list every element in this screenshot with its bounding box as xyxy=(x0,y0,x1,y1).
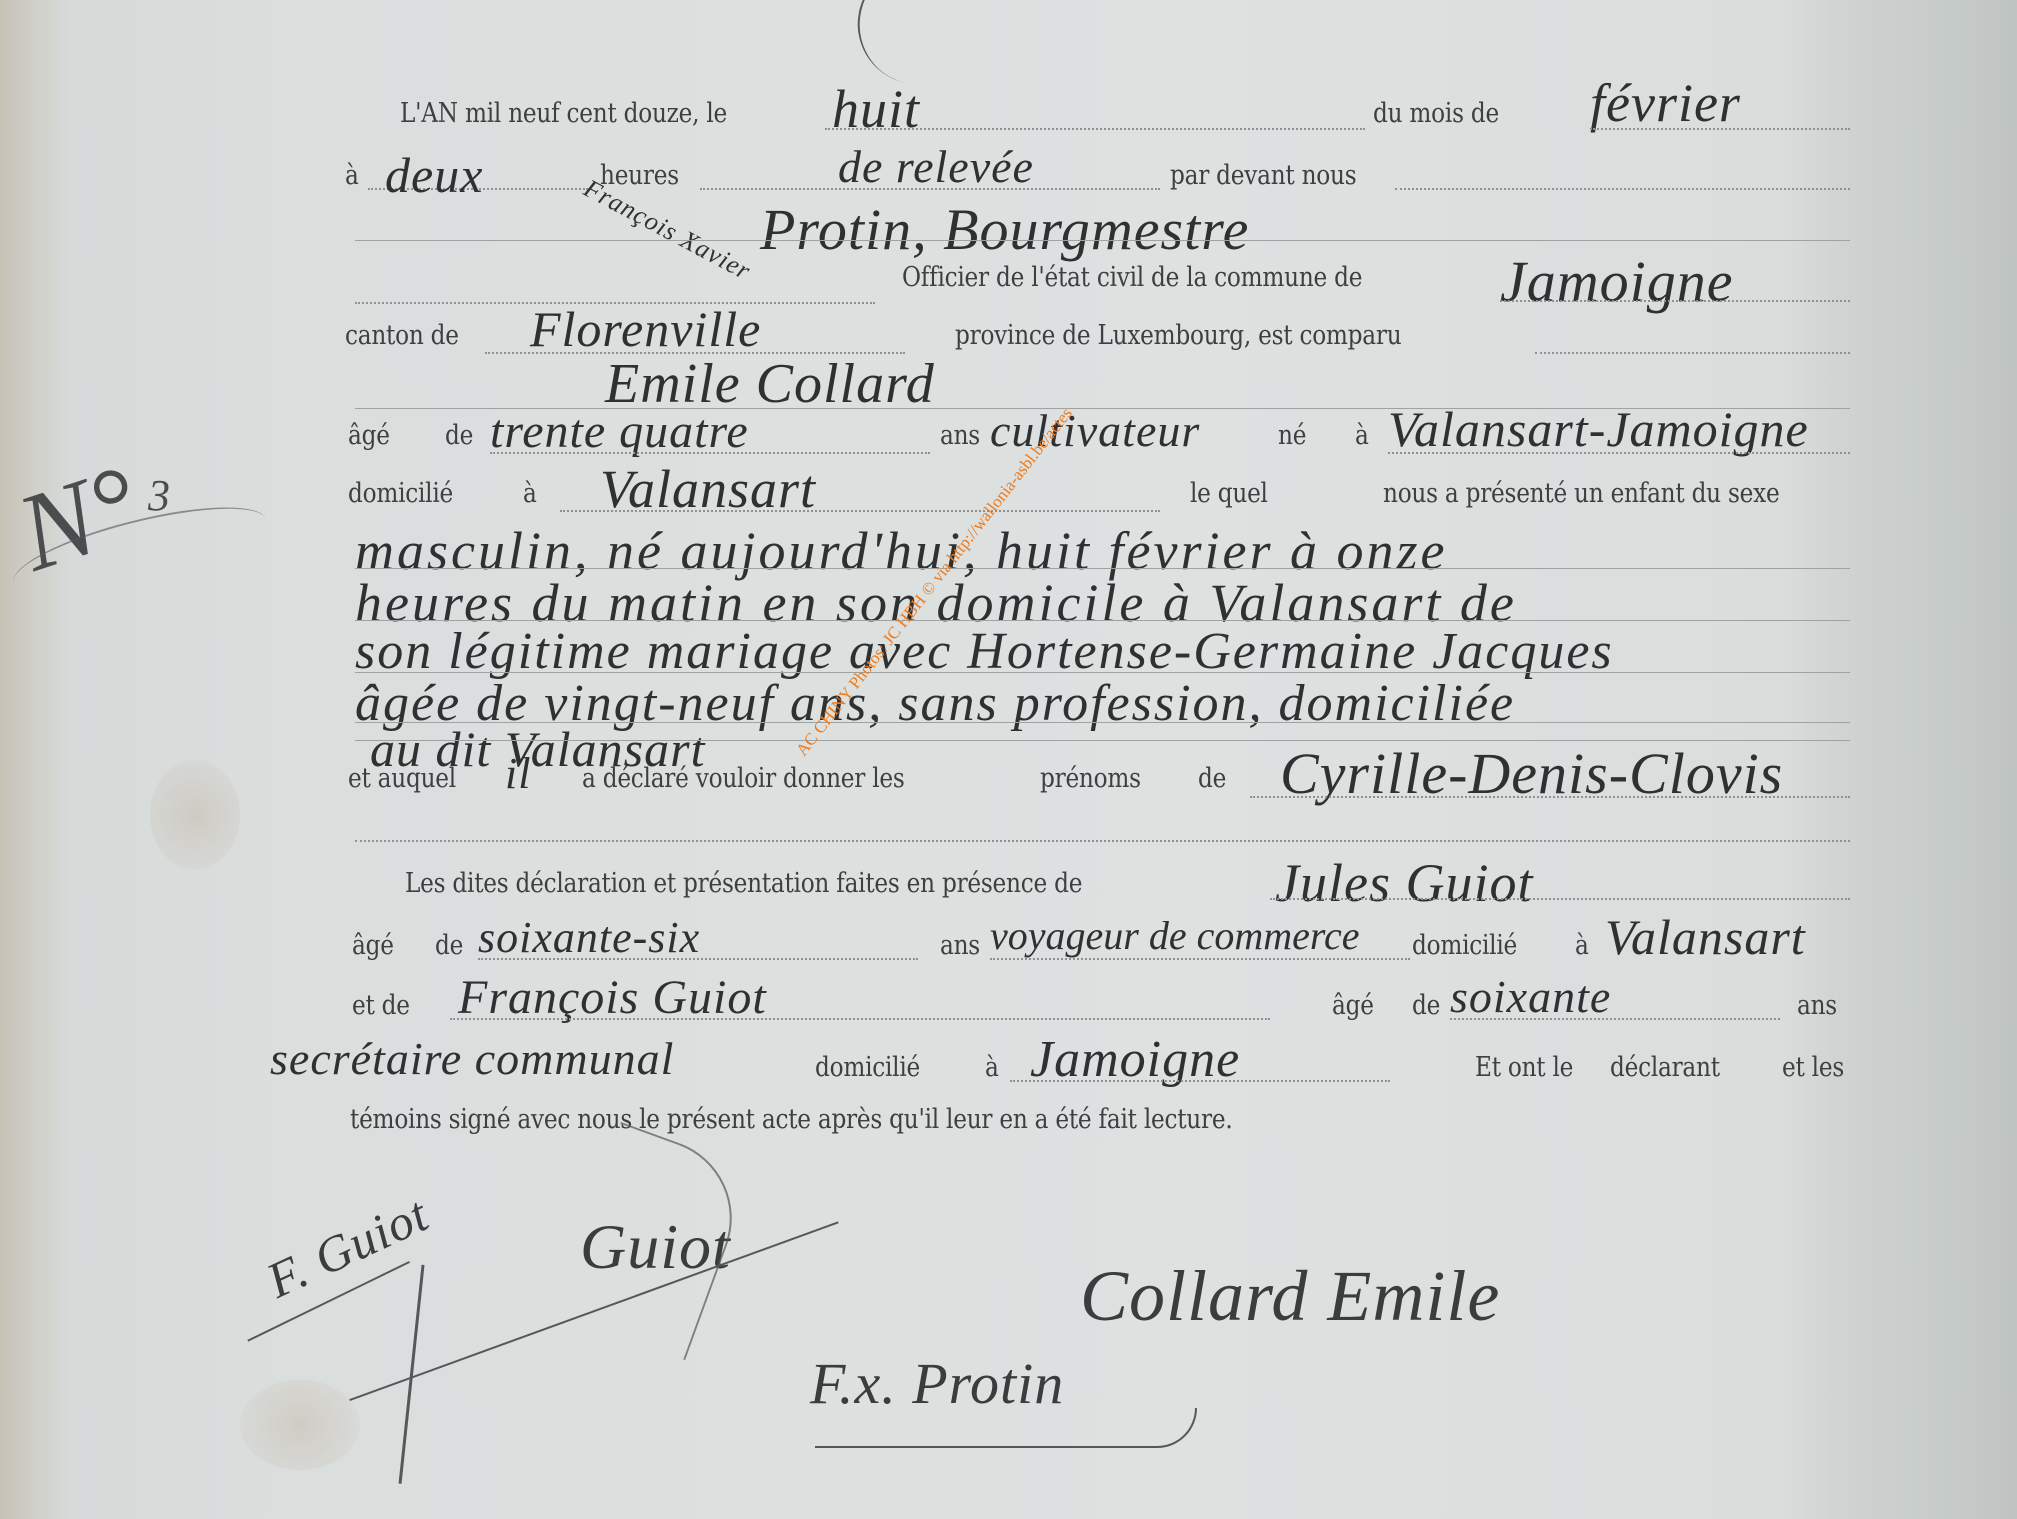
printed-text: ans xyxy=(940,930,980,961)
printed-text: déclarant xyxy=(1610,1052,1720,1083)
printed-text: prénoms xyxy=(1040,763,1141,794)
handwritten-witness1-domicile: Valansart xyxy=(1605,908,1806,966)
handwritten-declarant-age: trente quatre xyxy=(490,404,749,459)
printed-text: à xyxy=(523,478,537,509)
signature-declarant: Collard Emile xyxy=(1080,1255,1500,1338)
printed-text: canton de xyxy=(345,320,459,351)
dotted-rule xyxy=(1010,1080,1390,1082)
paper-stain xyxy=(150,760,240,870)
handwritten-witness2-name: François Guiot xyxy=(458,970,767,1025)
printed-text: Et ont le xyxy=(1475,1052,1573,1083)
dotted-rule xyxy=(825,128,1365,130)
handwritten-month: février xyxy=(1590,72,1741,134)
handwritten-witness2-occupation: secrétaire communal xyxy=(270,1032,674,1085)
printed-text: de xyxy=(445,420,473,451)
printed-text: âgé xyxy=(352,930,394,961)
handwritten-witness1-age: soixante-six xyxy=(478,912,700,963)
handwritten-canton: Florenville xyxy=(530,300,761,358)
printed-text: ans xyxy=(1797,990,1837,1021)
ruled-line xyxy=(355,240,1850,241)
printed-text: nous a présenté un enfant du sexe xyxy=(1383,478,1779,509)
printed-text: de xyxy=(1412,990,1440,1021)
printed-text: de xyxy=(1198,763,1226,794)
handwritten-commune: Jamoigne xyxy=(1500,248,1734,315)
handwritten-witness1-name: Jules Guiot xyxy=(1275,852,1533,914)
printed-text: et de xyxy=(352,990,410,1021)
signature-officer-underline xyxy=(815,1408,1197,1448)
handwritten-birthplace: Valansart-Jamoigne xyxy=(1388,400,1809,458)
printed-text: le quel xyxy=(1190,478,1268,509)
ruled-line xyxy=(355,620,1850,621)
civil-record-page: N° 3 L'AN mil neuf cent douze, le huit d… xyxy=(0,0,2017,1519)
printed-text: province de Luxembourg, est comparu xyxy=(955,320,1401,351)
printed-text: à xyxy=(345,160,359,191)
printed-text: domicilié xyxy=(815,1052,920,1083)
printed-text: né xyxy=(1278,420,1306,451)
printed-text: témoins signé avec nous le présent acte … xyxy=(350,1104,1232,1135)
handwritten-day: huit xyxy=(832,78,920,140)
handwritten-officer-name: Protin, Bourgmestre xyxy=(760,196,1249,263)
printed-text: domicilié xyxy=(348,478,453,509)
dotted-rule xyxy=(990,958,1410,960)
ruled-line xyxy=(355,672,1850,673)
printed-text: âgé xyxy=(348,420,390,451)
dotted-rule xyxy=(1535,352,1850,354)
printed-text: domicilié xyxy=(1412,930,1517,961)
printed-text: par devant nous xyxy=(1170,160,1356,191)
signature-loop xyxy=(552,1122,755,1360)
printed-text: et auquel xyxy=(348,763,456,794)
dotted-rule xyxy=(1270,898,1850,900)
printed-text: Les dites déclaration et présentation fa… xyxy=(405,868,1082,899)
printed-text: à xyxy=(1575,930,1589,961)
handwritten-time-of-day: de relevée xyxy=(838,140,1034,193)
printed-text: de xyxy=(435,930,463,961)
handwritten-occupation: cultivateur xyxy=(990,404,1200,457)
handwritten-pronoun: il xyxy=(505,748,531,799)
dotted-rule xyxy=(450,1018,1270,1020)
printed-text: ans xyxy=(940,420,980,451)
dotted-rule xyxy=(1250,796,1850,798)
printed-text: L'AN mil neuf cent douze, le xyxy=(400,98,727,129)
printed-text: Officier de l'état civil de la commune d… xyxy=(902,262,1362,293)
printed-text: âgé xyxy=(1332,990,1374,1021)
handwritten-hour: deux xyxy=(385,146,483,204)
top-pen-stroke xyxy=(850,0,928,84)
dotted-rule xyxy=(1388,452,1850,454)
printed-text: et les xyxy=(1782,1052,1844,1083)
dotted-rule xyxy=(478,958,918,960)
signature-officer: F.x. Protin xyxy=(810,1350,1064,1417)
paper-stain xyxy=(240,1380,360,1470)
printed-text: a déclaré vouloir donner les xyxy=(582,763,905,794)
dotted-rule xyxy=(560,510,1160,512)
dotted-rule xyxy=(1590,128,1850,130)
handwritten-witness1-occupation: voyageur de commerce xyxy=(990,912,1359,959)
ruled-line xyxy=(355,568,1850,569)
printed-text: à xyxy=(1355,420,1369,451)
dotted-rule xyxy=(1450,1018,1780,1020)
dotted-rule xyxy=(1395,188,1850,190)
dotted-rule xyxy=(1500,300,1850,302)
dotted-rule xyxy=(355,840,1850,842)
handwritten-witness2-age: soixante xyxy=(1450,970,1611,1023)
printed-text: du mois de xyxy=(1373,98,1499,129)
printed-text: à xyxy=(985,1052,999,1083)
dotted-rule xyxy=(490,452,930,454)
